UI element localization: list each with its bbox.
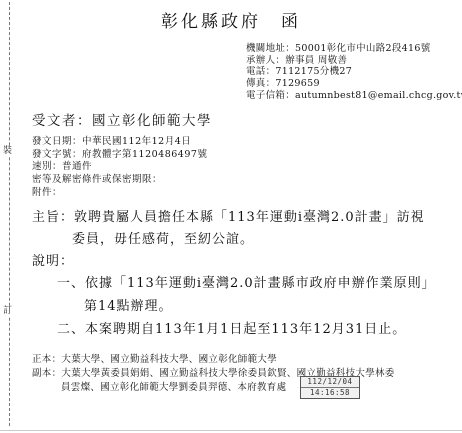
explanation-item1-line2: 第14點辦理。 xyxy=(84,295,173,314)
copy-recipients-line-2: 員雲燦、國立彰化師範大學劉委員羿德、本府教育處 xyxy=(61,379,286,393)
subject-line-2: 委員，毋任感荷，至紉公誼。 xyxy=(72,228,254,247)
dispatch-number: 發文字號：府教體字第1120486497號 xyxy=(32,149,207,162)
official-letter-page: 裝 訂 彰化縣政府 函 機關地址：50001彰化市中山路2段416號 承辦人：辦… xyxy=(0,0,462,433)
agency-contact-person: 承辦人：辦事員 周敬善 xyxy=(246,55,462,67)
agency-email: 電子信箱：autumnbest81@email.chcg.gov.tw xyxy=(246,90,462,102)
subject-line-1: 主旨：敦聘貴屬人員擔任本縣「113年運動i臺灣2.0計畫」訪視 xyxy=(32,206,425,225)
dispatch-date: 發文日期：中華民國112年12月4日 xyxy=(32,136,207,149)
explanation-item2: 二、本案聘期自113年1月1日起至113年12月31日止。 xyxy=(57,318,406,337)
binding-char-ding: 訂 xyxy=(3,306,12,316)
binding-dotted-line xyxy=(9,2,10,426)
dispatch-meta-block: 發文日期：中華民國112年12月4日 發文字號：府教體字第1120486497號… xyxy=(32,136,207,200)
received-timestamp-stamp: 112/12/04 14:16:58 xyxy=(300,376,360,399)
original-recipients-line: 正本：大葉大學、國立勤益科技大學、國立彰化師範大學 xyxy=(32,351,277,365)
agency-address: 機關地址：50001彰化市中山路2段416號 xyxy=(246,43,462,55)
dispatch-speed: 速別：普通件 xyxy=(32,161,207,174)
stamp-time: 14:16:58 xyxy=(301,387,359,398)
agency-fax: 傳真：7129659 xyxy=(246,78,462,90)
stamp-date: 112/12/04 xyxy=(301,377,359,387)
dispatch-security: 密等及解密條件或保密期限： xyxy=(32,174,207,187)
binding-char-zhuang: 裝 xyxy=(3,146,12,156)
explanation-label: 說明： xyxy=(32,250,74,269)
agency-info-block: 機關地址：50001彰化市中山路2段416號 承辦人：辦事員 周敬善 電話：71… xyxy=(246,43,462,102)
document-title: 彰化縣政府 函 xyxy=(0,7,462,32)
dispatch-attachment: 附件： xyxy=(32,187,207,200)
agency-phone: 電話：7112175分機27 xyxy=(246,66,462,78)
explanation-item1-line1: 一、依據「113年運動i臺灣2.0計畫縣市政府申辦作業原則」 xyxy=(57,272,436,291)
recipient-line: 受文者：國立彰化師範大學 xyxy=(32,109,212,129)
page-bottom-edge xyxy=(0,430,462,431)
